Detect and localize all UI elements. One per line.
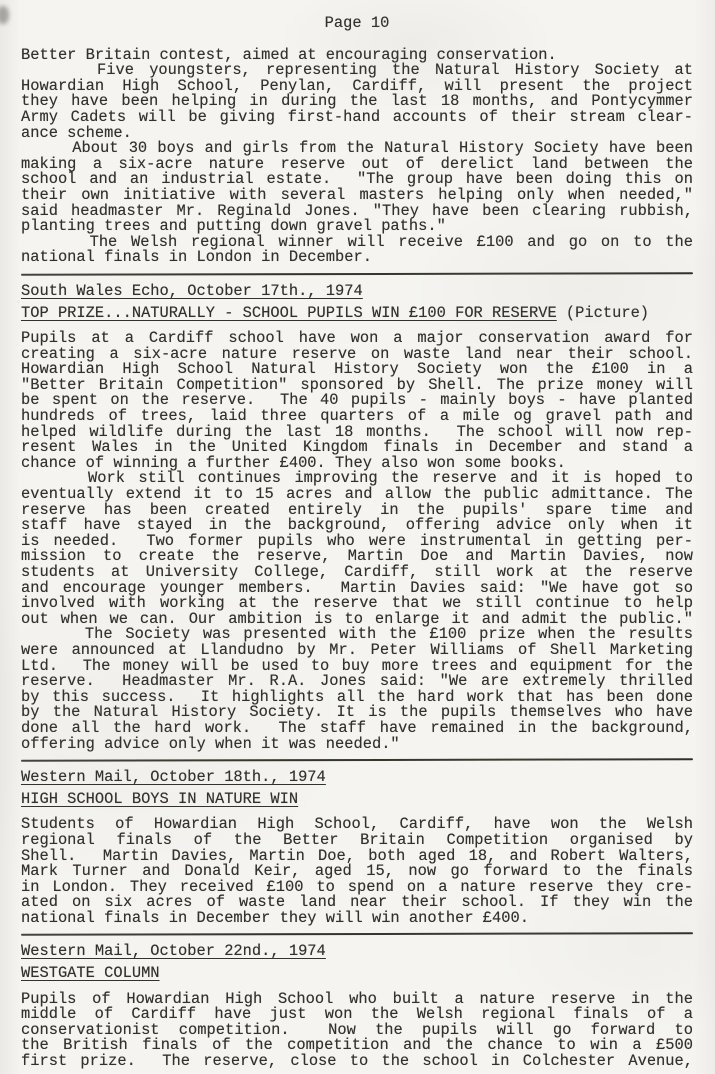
sections: Better Britain contest, aimed at encoura… <box>21 48 693 1070</box>
article-headline-text: HIGH SCHOOL BOYS IN NATURE WIN <box>21 790 298 808</box>
article-headline: HIGH SCHOOL BOYS IN NATURE WIN <box>21 792 693 808</box>
article-headline-text: TOP PRIZE...NATURALLY - SCHOOL PUPILS WI… <box>21 304 557 322</box>
paragraph: Students of Howardian High School, Cardi… <box>21 817 693 926</box>
text-line: first prize. The reserve, close to the s… <box>21 1054 693 1070</box>
article-section: Western Mail, October 18th., 1974HIGH SC… <box>21 759 693 926</box>
paragraph: Pupils at a Cardiff school have won a ma… <box>21 331 693 471</box>
article-headline: WESTGATE COLUMN <box>21 966 693 982</box>
document-page: Page 10 Better Britain contest, aimed at… <box>0 0 715 1074</box>
article-section: South Wales Echo, October 17th., 1974TOP… <box>21 273 693 752</box>
article-source: Western Mail, October 18th., 1974 <box>21 770 693 786</box>
article-source-text: South Wales Echo, October 17th., 1974 <box>21 282 363 300</box>
section-separator <box>21 758 693 761</box>
article-source: Western Mail, October 22nd., 1974 <box>21 944 693 960</box>
text-line: national finals in London in December. <box>21 250 693 266</box>
paragraph: Pupils of Howardian High School who buil… <box>21 992 693 1070</box>
section-separator <box>21 272 693 275</box>
paragraph: Five youngsters, representing the Natura… <box>21 63 693 141</box>
paragraph: About 30 boys and girls from the Natural… <box>21 141 693 235</box>
article-headline-text: WESTGATE COLUMN <box>21 964 160 982</box>
text-line: national finals in December they will wi… <box>21 911 693 927</box>
continuation-section: Better Britain contest, aimed at encoura… <box>21 48 693 266</box>
paragraph: Work still continues improving the reser… <box>21 471 693 627</box>
paragraph: The Society was presented with the £100 … <box>21 627 693 752</box>
article-source-text: Western Mail, October 22nd., 1974 <box>21 942 326 960</box>
article-section: Western Mail, October 22nd., 1974WESTGAT… <box>21 933 693 1069</box>
article-source-text: Western Mail, October 18th., 1974 <box>21 768 326 786</box>
photocopy-smudge <box>0 6 9 24</box>
article-headline: TOP PRIZE...NATURALLY - SCHOOL PUPILS WI… <box>21 306 693 322</box>
page-number: Page 10 <box>21 16 693 32</box>
article-source: South Wales Echo, October 17th., 1974 <box>21 284 693 300</box>
text-line: offering advice only when it was needed.… <box>21 737 693 753</box>
headline-note: (Picture) <box>557 304 649 322</box>
page-content: Page 10 Better Britain contest, aimed at… <box>21 0 693 1070</box>
section-separator <box>21 933 693 936</box>
paragraph: The Welsh regional winner will receive £… <box>21 235 693 266</box>
